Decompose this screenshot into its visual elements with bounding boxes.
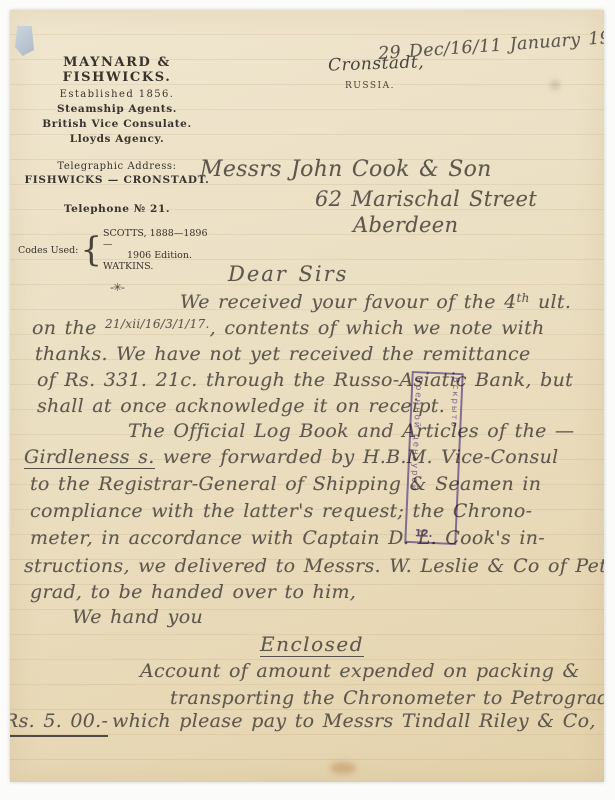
code-watkins: WATKINS. <box>103 261 216 272</box>
censor-stamp-side-text: Военной цензурой <box>408 377 423 492</box>
censor-stamp: Военной цензурой Вскрыто 12. <box>404 371 463 545</box>
codes-used-block: Codes Used: { SCOTTS, 1888—1896— 1906 Ed… <box>18 228 216 272</box>
body-line: thanks. We have not yet received the rem… <box>35 343 531 365</box>
letterhead-line-steamship: Steamship Agents. <box>18 103 216 115</box>
established-line: Established 1856. <box>18 89 216 100</box>
handwritten-date: 29 Dec/16/11 January 1917. <box>378 28 604 64</box>
body-line: transporting the Chronometer to Petrogra… <box>170 687 604 709</box>
body-text: We received your favour of the 4 <box>180 291 517 313</box>
paper-stain <box>330 762 356 774</box>
code-edition: 1906 Edition. <box>103 250 216 261</box>
telephone-line: Telephone № 21. <box>18 203 216 215</box>
telegraphic-address-value: FISHWICKS — CRONSTADT. <box>18 174 216 186</box>
body-line: The Official Log Book and Articles of th… <box>128 420 574 442</box>
enclosed-heading: Enclosed <box>260 632 364 657</box>
company-name: MAYNARD & FISHWICKS. <box>18 55 216 85</box>
letter-paper: MAYNARD & FISHWICKS. Established 1856. S… <box>10 10 604 782</box>
recipient-name: Messrs John Cook & Son <box>200 157 492 182</box>
body-line: to the Registrar-General of Shipping & S… <box>30 473 541 495</box>
body-line: shall at once acknowledge it on receipt. <box>37 395 445 417</box>
salutation: Dear Sirs <box>228 262 348 286</box>
body-line: of Rs. 331. 21c. through the Russo-Asiat… <box>37 369 573 391</box>
country-printed: RUSSIA. <box>345 81 395 91</box>
codes-brace: { <box>80 235 102 265</box>
body-line: structions, we delivered to Messrs. W. L… <box>24 555 604 577</box>
body-line: meter, in accordance with Captain D. L. … <box>30 527 545 549</box>
body-line: We received your favour of the 4th ult. <box>180 291 571 313</box>
recipient-city: Aberdeen <box>353 213 458 237</box>
codes-list: SCOTTS, 1888—1896— 1906 Edition. WATKINS… <box>103 228 216 272</box>
letterhead: MAYNARD & FISHWICKS. Established 1856. S… <box>18 55 216 294</box>
codes-used-label: Codes Used: <box>18 245 78 256</box>
body-line: Girdleness s. were forwarded by H.B.M. V… <box>24 446 559 468</box>
body-text: , contents of which we note with <box>210 317 545 339</box>
censor-stamp-number: 12. <box>414 528 432 540</box>
body-line: on the 21/xii/16/3/1/17., contents of wh… <box>32 317 545 339</box>
code-scotts: SCOTTS, 1888—1896— <box>103 228 216 250</box>
censor-stamp-top-text: Вскрыто <box>448 377 460 429</box>
body-line: grad, to be handed over to him, <box>30 581 356 603</box>
body-line: which please pay to Messrs Tindall Riley… <box>112 710 596 732</box>
body-line: Account of amount expended on packing & <box>140 660 580 682</box>
letterhead-line-consulate: British Vice Consulate. <box>18 118 216 130</box>
mounting-clip <box>15 26 34 56</box>
ordinal-superscript: th <box>517 291 530 305</box>
date-superscript: 21/xii/16/3/1/17. <box>105 317 210 331</box>
telegraphic-address-label: Telegraphic Address: <box>18 161 216 172</box>
recipient-street: 62 Marischal Street <box>315 187 537 211</box>
paper-stain <box>550 80 560 90</box>
ship-name-underlined: Girdleness s. <box>24 446 155 469</box>
body-text: were forwarded by H.B.M. Vice-Consul <box>155 446 559 468</box>
body-text: ult. <box>530 291 572 313</box>
body-text: on the <box>32 317 105 339</box>
body-line: We hand you <box>72 606 203 628</box>
letterhead-line-lloyds: Lloyds Agency. <box>18 133 216 145</box>
margin-amount: Rs. 5. 00.- <box>10 710 108 737</box>
